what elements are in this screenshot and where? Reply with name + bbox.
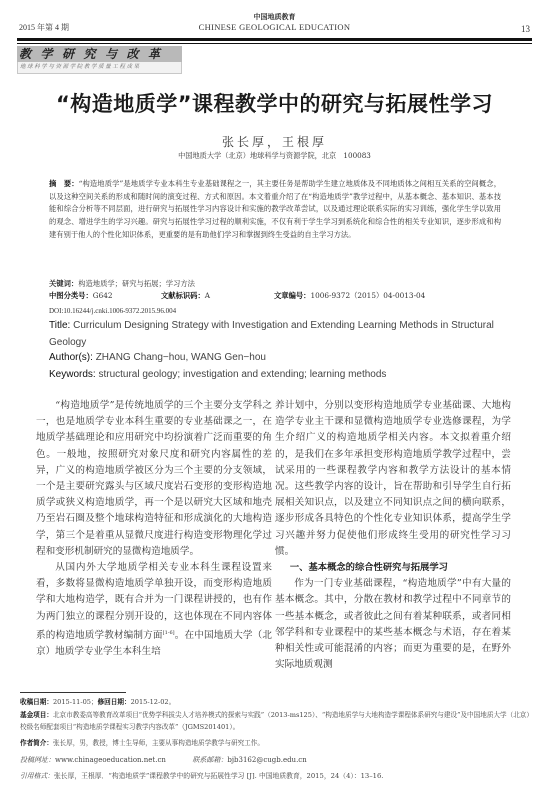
footnote-fund: 基金项目：北京市教委高等教育改革项目“优势学科拔尖人才培养模式的探索与实践”（2… [20, 710, 530, 733]
english-author-text: ZHANG Chang−hou, WANG Gen−hou [96, 352, 266, 363]
banner-title: 教学研究与改革 [17, 46, 182, 62]
section-heading: 一、基本概念的综合性研究与拓展学习 [275, 560, 511, 576]
article-affiliation: 中国地质大学（北京）地球科学与资源学院，北京 100083 [0, 151, 549, 161]
english-keywords-label: Keywords: [49, 369, 96, 380]
journal-name-cn: 中国地质教育 [0, 12, 549, 22]
body-paragraph: 养计划中，分别以变形构造地质学专业基础课、大地构造学专业主干课和显微构造地质学专… [275, 398, 511, 560]
classification-row: 中图分类号：G642文献标识码：A文章编号：1006-9372（2015）04-… [49, 291, 509, 301]
website-label: 投稿网址： [20, 756, 55, 764]
citation-text: 张长厚，王根厚．“构造地质学”课程教学中的研究与拓展性学习 [J]. 中国地质教… [54, 772, 383, 780]
english-keywords-text: structural geology; investigation and ex… [98, 369, 386, 380]
page-number: 13 [521, 24, 530, 34]
doc-code-value: A [205, 291, 210, 300]
abstract-label: 摘 要： [49, 179, 79, 188]
english-authors: Author(s): ZHANG Chang−hou, WANG Gen−hou [49, 352, 266, 363]
english-author-label: Author(s): [49, 352, 93, 363]
footnote-rule [20, 692, 126, 693]
citation-label: 引用格式： [20, 772, 54, 780]
article-title: “构造地质学”课程教学中的研究与拓展性学习 [0, 88, 549, 118]
keywords-cn: 关键词：构造地质学；研究与拓展；学习方法 [49, 279, 195, 289]
keywords-label: 关键词： [49, 279, 78, 288]
body-column-right: 养计划中，分别以变形构造地质学专业基础课、大地构造学专业主干课和显微构造地质学专… [275, 398, 511, 673]
english-title: Title: Curriculum Designing Strategy wit… [49, 317, 509, 351]
clc-value: G642 [93, 291, 113, 300]
english-title-label: Title: [49, 320, 70, 331]
citation-line: 引用格式：张长厚，王根厚．“构造地质学”课程教学中的研究与拓展性学习 [J]. … [20, 770, 383, 780]
journal-name-en: CHINESE GEOLOGICAL EDUCATION [0, 22, 549, 32]
abstract-text: “构造地质学”是地质学专业本科生专业基础课程之一，其主要任务是帮助学生建立地质体… [49, 179, 501, 239]
article-no-label: 文章编号： [274, 291, 310, 300]
abstract: 摘 要：“构造地质学”是地质学专业本科生专业基础课程之一，其主要任务是帮助学生建… [49, 178, 501, 242]
section-banner: 教学研究与改革 地球科学与资源学院教学质量工程成果 [17, 46, 182, 74]
contact-line: 投稿网址：www.chinageoeducation.net.cn 联系邮箱：b… [20, 755, 307, 765]
header-rule-thick [17, 38, 532, 41]
doi: DOI:10.16244/j.cnki.1006-9372.2015.96.00… [49, 307, 176, 315]
english-keywords: Keywords: structural geology; investigat… [49, 369, 386, 380]
clc-label: 中图分类号： [49, 291, 93, 300]
footnote-author-bio: 作者简介：张长厚，男，教授，博士生导师，主要从事构造地质学教学与研究工作。 [20, 738, 530, 750]
footnote-dates: 收稿日期：2015-11-05；修回日期：2015-12-02。 [20, 697, 530, 709]
body-paragraph: “构造地质学”是传统地质学的三个主要分支学科之一，也是地质学专业本科生重要的专业… [36, 398, 272, 560]
email-link[interactable]: bjb3162@cugb.edu.cn [227, 756, 306, 764]
english-title-text: Curriculum Designing Strategy with Inves… [49, 320, 494, 348]
article-no-value: 1006-9372（2015）04-0013-04 [310, 291, 425, 300]
email-label: 联系邮箱： [192, 756, 227, 764]
keywords-text: 构造地质学；研究与拓展；学习方法 [78, 279, 195, 288]
header-rule-thin [17, 43, 532, 44]
citation-ref: [1-6] [163, 630, 175, 636]
body-column-left: “构造地质学”是传统地质学的三个主要分支学科之一，也是地质学专业本科生重要的专业… [36, 398, 272, 660]
article-authors: 张长厚，王根厚 [0, 133, 549, 150]
doc-code-label: 文献标识码： [161, 291, 205, 300]
website-link[interactable]: www.chinageoeducation.net.cn [55, 756, 166, 764]
body-paragraph: 作为一门专业基础课程，“构造地质学”中有大量的基本概念。其中，分散在教材和教学过… [275, 576, 511, 673]
body-paragraph: 从国内外大学地质学相关专业本科生课程设置来看，多数将显微构造地质学单独开设，而变… [36, 560, 272, 660]
banner-subtitle: 地球科学与资源学院教学质量工程成果 [17, 62, 182, 74]
